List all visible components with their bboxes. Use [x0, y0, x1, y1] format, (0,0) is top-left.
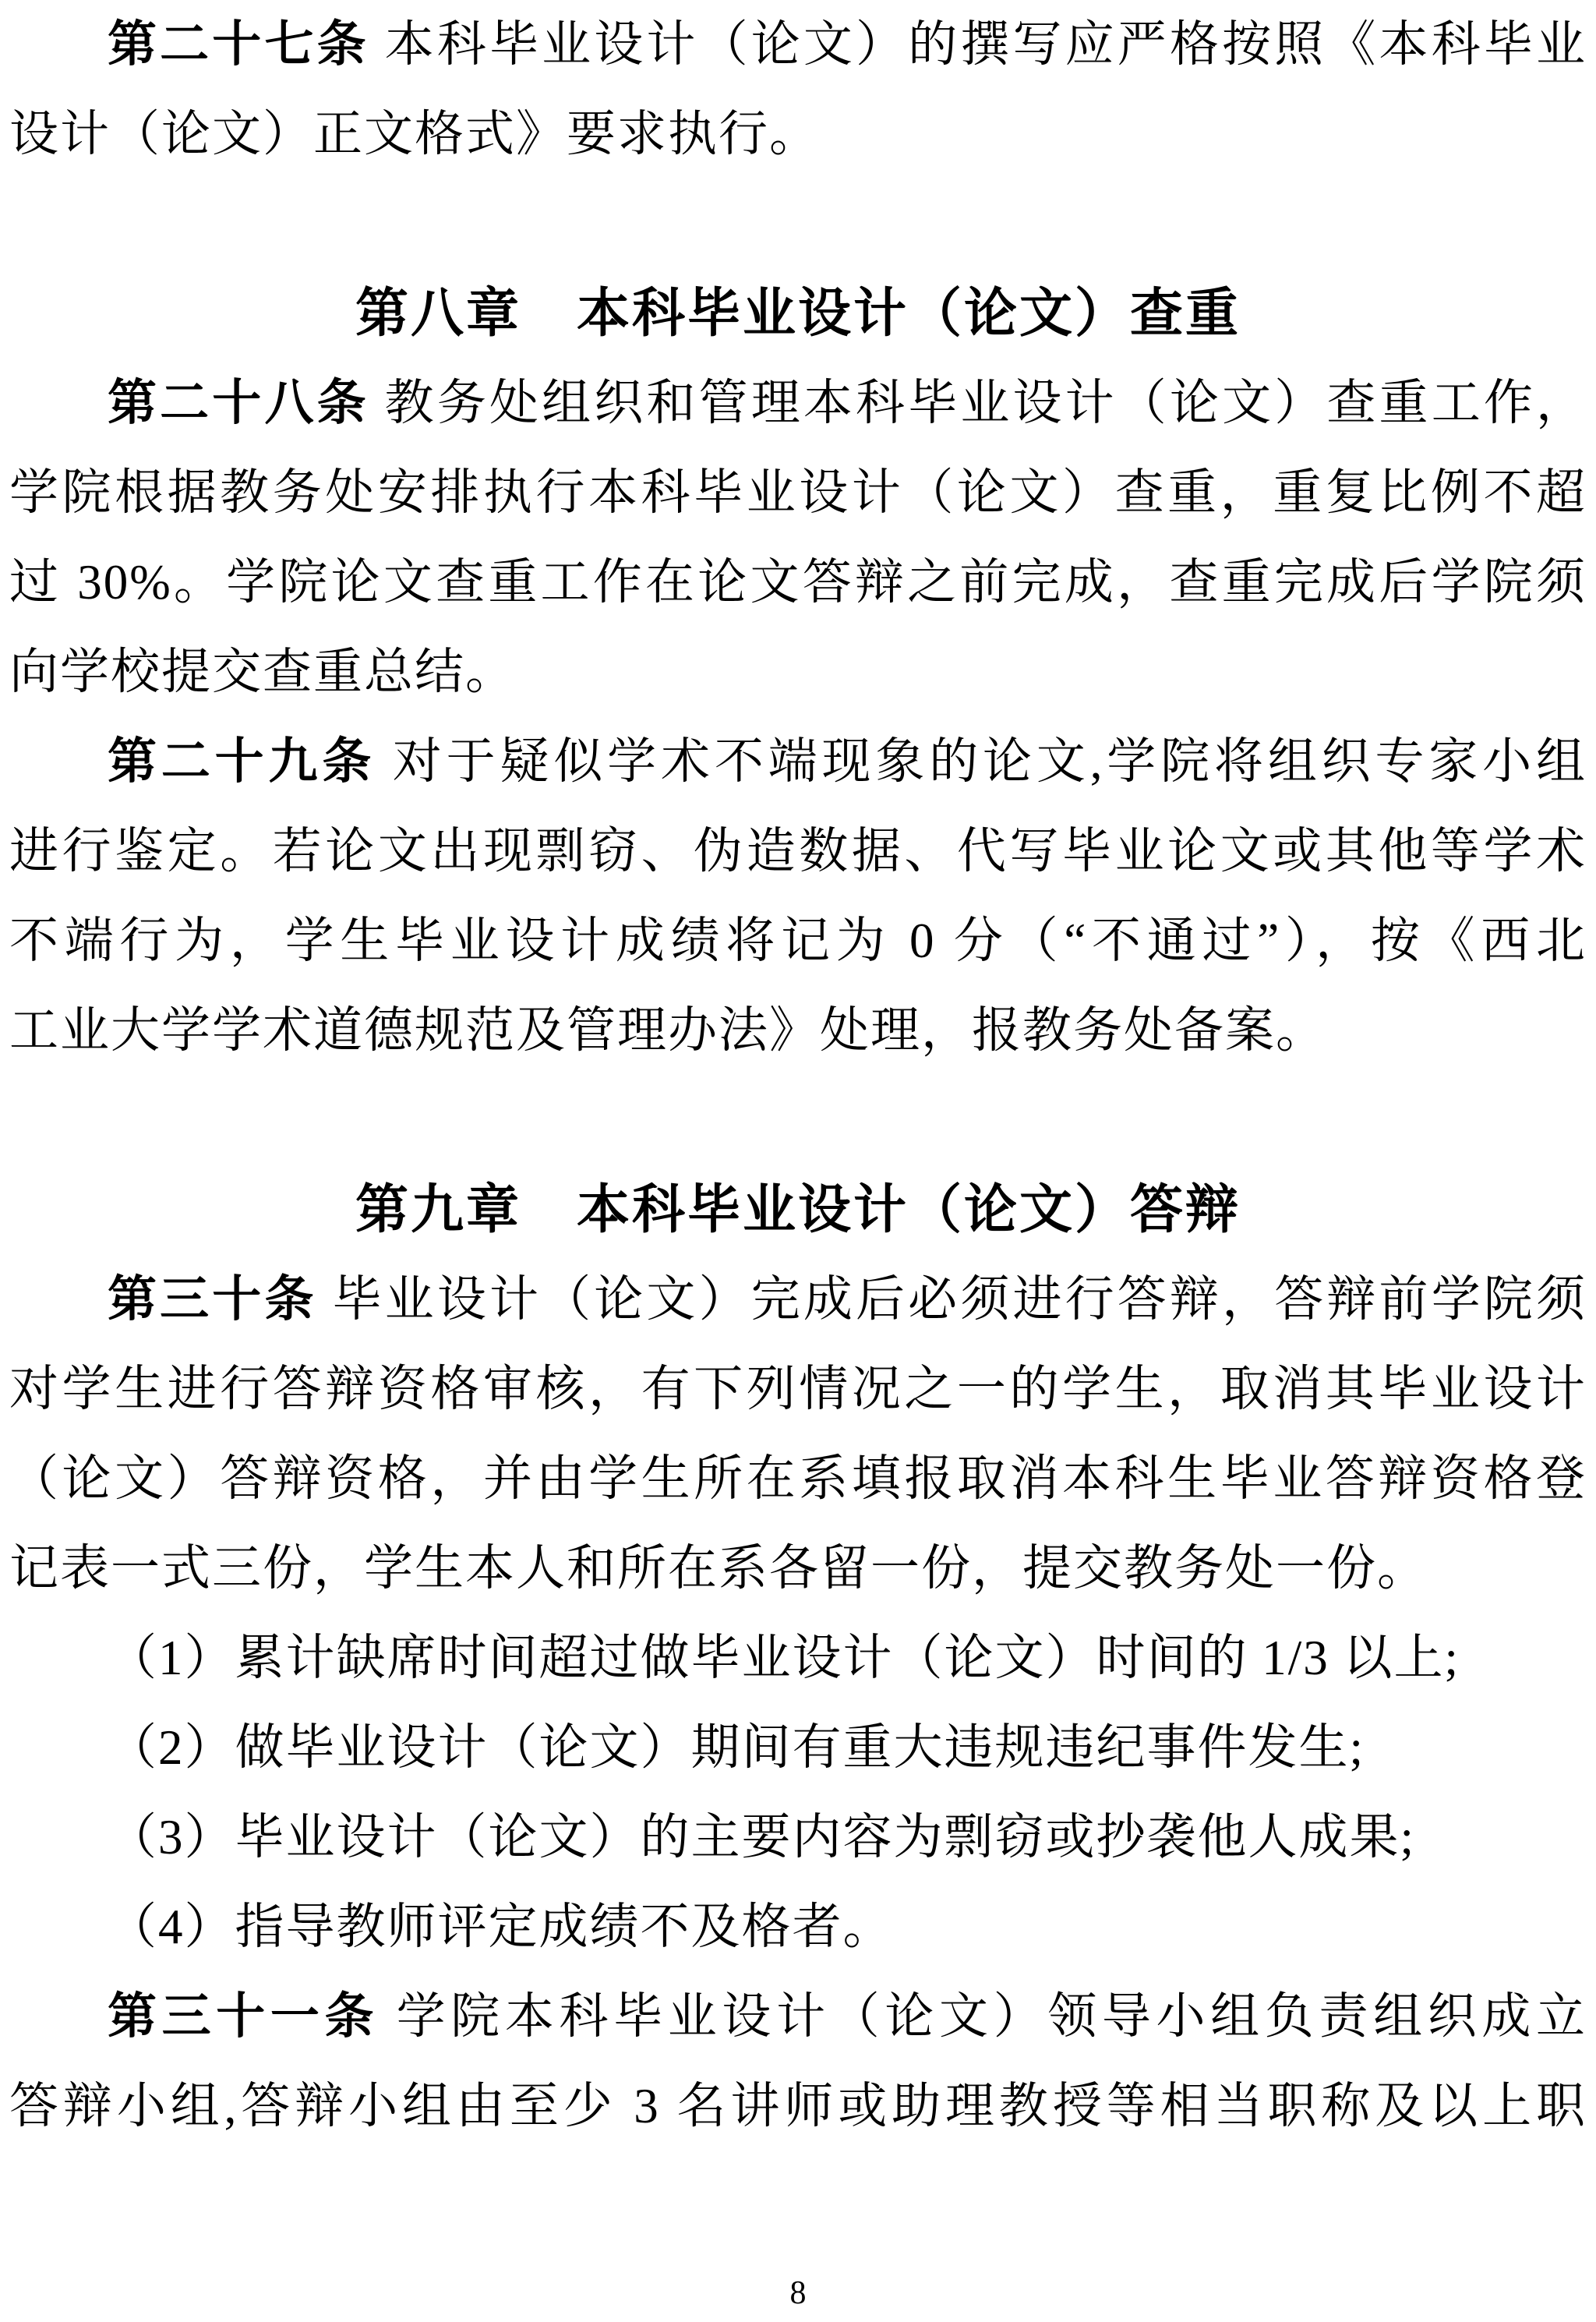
text-line: 不端行为，学生毕业设计成绩将记为 0 分（“不通过”），按《西北	[9, 896, 1587, 986]
text-line: 第二十七条 本科毕业设计（论文）的撰写应严格按照《本科毕业	[9, 0, 1587, 90]
text-line: 第二十八条 教务处组织和管理本科毕业设计（论文）查重工作，	[9, 359, 1587, 448]
text-line: 答辩小组,答辩小组由至少 3 名讲师或助理教授等相当职称及以上职	[9, 2062, 1587, 2151]
text-line: （1）累计缺席时间超过做毕业设计（论文）时间的 1/3 以上;	[9, 1613, 1587, 1703]
document-page: 第二十七条 本科毕业设计（论文）的撰写应严格按照《本科毕业设计（论文）正文格式》…	[0, 0, 1596, 2322]
text-line: （2）做毕业设计（论文）期间有重大违规违纪事件发生;	[9, 1703, 1587, 1793]
article-number: 第三十条	[108, 1272, 317, 1327]
line-text: 毕业设计（论文）完成后必须进行答辩，答辩前学院须	[333, 1272, 1587, 1327]
text-line: （3）毕业设计（论文）的主要内容为剽窃或抄袭他人成果;	[9, 1793, 1587, 1882]
text-line: 第三十一条 学院本科毕业设计（论文）领导小组负责组织成立	[9, 1972, 1587, 2062]
article-number: 第二十八条	[108, 376, 369, 430]
text-line: 记表一式三份，学生本人和所在系各留一份，提交教务处一份。	[9, 1524, 1587, 1613]
article-number: 第三十一条	[108, 1989, 379, 2044]
text-line: 向学校提交查重总结。	[9, 627, 1587, 717]
text-line: 进行鉴定。若论文出现剽窃、伪造数据、代写毕业论文或其他等学术	[9, 807, 1587, 896]
text-line: 过 30%。学院论文查重工作在论文答辩之前完成，查重完成后学院须	[9, 538, 1587, 627]
page-body: 第二十七条 本科毕业设计（论文）的撰写应严格按照《本科毕业设计（论文）正文格式》…	[9, 0, 1587, 2151]
article-number: 第二十七条	[108, 17, 369, 72]
text-line: 第二十九条 对于疑似学术不端现象的论文,学院将组织专家小组	[9, 717, 1587, 807]
chapter-heading: 第八章 本科毕业设计（论文）查重	[9, 269, 1587, 359]
line-text: 学院本科毕业设计（论文）领导小组负责组织成立	[397, 1989, 1587, 2044]
text-line: （4）指导教师评定成绩不及格者。	[9, 1882, 1587, 1972]
line-text: 教务处组织和管理本科毕业设计（论文）查重工作，	[385, 376, 1587, 430]
text-line: 第三十条 毕业设计（论文）完成后必须进行答辩，答辩前学院须	[9, 1255, 1587, 1345]
page-number: 8	[0, 2277, 1596, 2310]
text-line: 工业大学学术道德规范及管理办法》处理，报教务处备案。	[9, 986, 1587, 1076]
chapter-heading: 第九章 本科毕业设计（论文）答辩	[9, 1165, 1587, 1255]
line-text: 对于疑似学术不端现象的论文,学院将组织专家小组	[393, 734, 1587, 789]
article-number: 第二十九条	[108, 734, 376, 789]
text-line: 设计（论文）正文格式》要求执行。	[9, 90, 1587, 179]
text-line: （论文）答辩资格，并由学生所在系填报取消本科生毕业答辩资格登	[9, 1434, 1587, 1524]
text-line: 学院根据教务处安排执行本科毕业设计（论文）查重，重复比例不超	[9, 448, 1587, 538]
line-text: 本科毕业设计（论文）的撰写应严格按照《本科毕业	[385, 17, 1587, 72]
text-line: 对学生进行答辩资格审核，有下列情况之一的学生，取消其毕业设计	[9, 1345, 1587, 1434]
